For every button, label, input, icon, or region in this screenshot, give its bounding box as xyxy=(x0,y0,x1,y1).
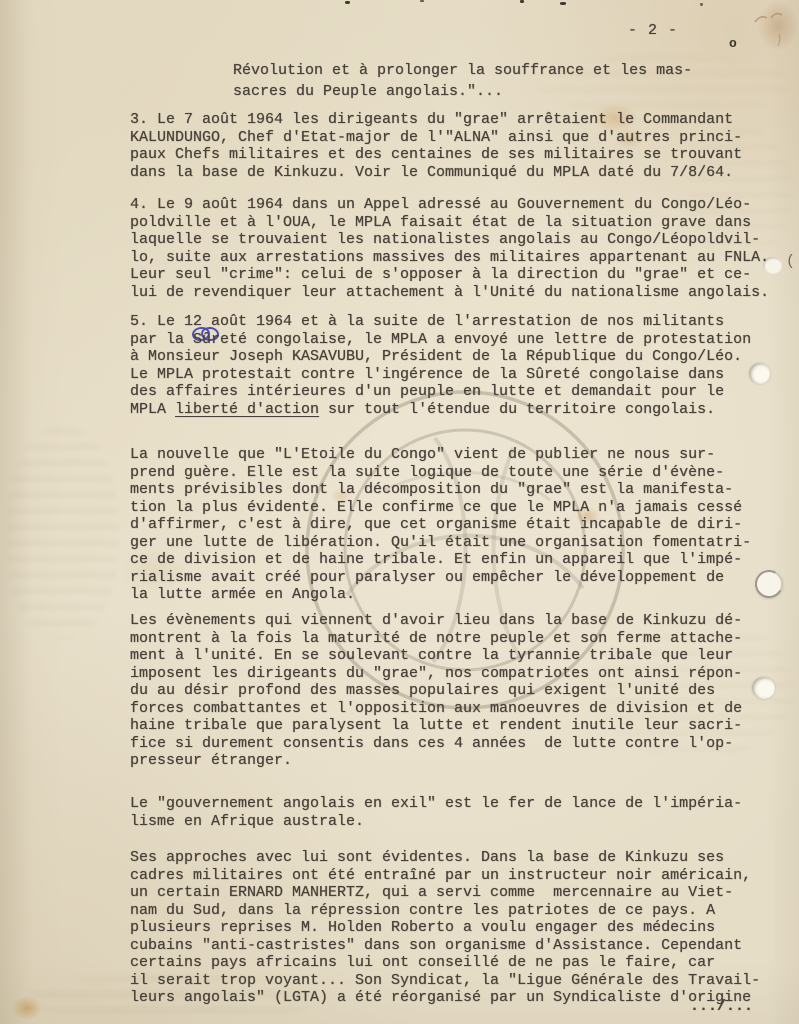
scanned-document-page: - 2 - o ( Révolution et à prolonger la s… xyxy=(0,0,799,1024)
ink-speck xyxy=(560,2,566,5)
underlined-phrase: liberté d'action xyxy=(175,401,319,418)
paragraph-5-tail-post: sur tout l'étendue du territoire congola… xyxy=(319,401,715,418)
ink-speck xyxy=(520,0,524,3)
paragraph-3: 3. Le 7 août 1964 les dirigeants du "gra… xyxy=(130,111,742,181)
paragraph-evenements-kinkuzu: Les évènements qui viennent d'avoir lieu… xyxy=(130,612,742,770)
pencil-marks xyxy=(735,8,795,50)
paper-stain xyxy=(12,996,42,1020)
paragraph-5-head: 5. Le 12 août 1964 et à la suite de l'ar… xyxy=(130,313,751,400)
continuation-mark: .../... xyxy=(690,998,753,1015)
punch-hole xyxy=(752,677,775,699)
margin-mark: ( xyxy=(786,253,795,270)
punch-hole-ringed xyxy=(752,567,786,601)
ink-speck xyxy=(345,1,350,4)
quote-block: Révolution et à prolonger la souffrance … xyxy=(233,60,692,102)
paragraph-ses-approches: Ses approches avec lui sont évidentes. D… xyxy=(130,849,760,1007)
paragraph-gouvernement-exil: Le "gouvernement angolais en exil" est l… xyxy=(130,795,742,830)
ink-smudge-o: o xyxy=(729,36,737,51)
paragraph-5: 5. Le 12 août 1964 et à la suite de l'ar… xyxy=(130,313,751,418)
paragraph-5-tail-pre: MPLA xyxy=(130,401,175,418)
punch-hole xyxy=(749,363,770,384)
ink-speck xyxy=(700,3,703,6)
paragraph-4: 4. Le 9 août 1964 dans un Appel adressé … xyxy=(130,196,769,301)
page-number: - 2 - xyxy=(628,22,678,39)
ink-speck xyxy=(420,0,424,2)
paragraph-etoile-du-congo: La nouvelle que "L'Etoile du Congo" vien… xyxy=(130,446,751,604)
bleed-through-text xyxy=(6,428,118,638)
